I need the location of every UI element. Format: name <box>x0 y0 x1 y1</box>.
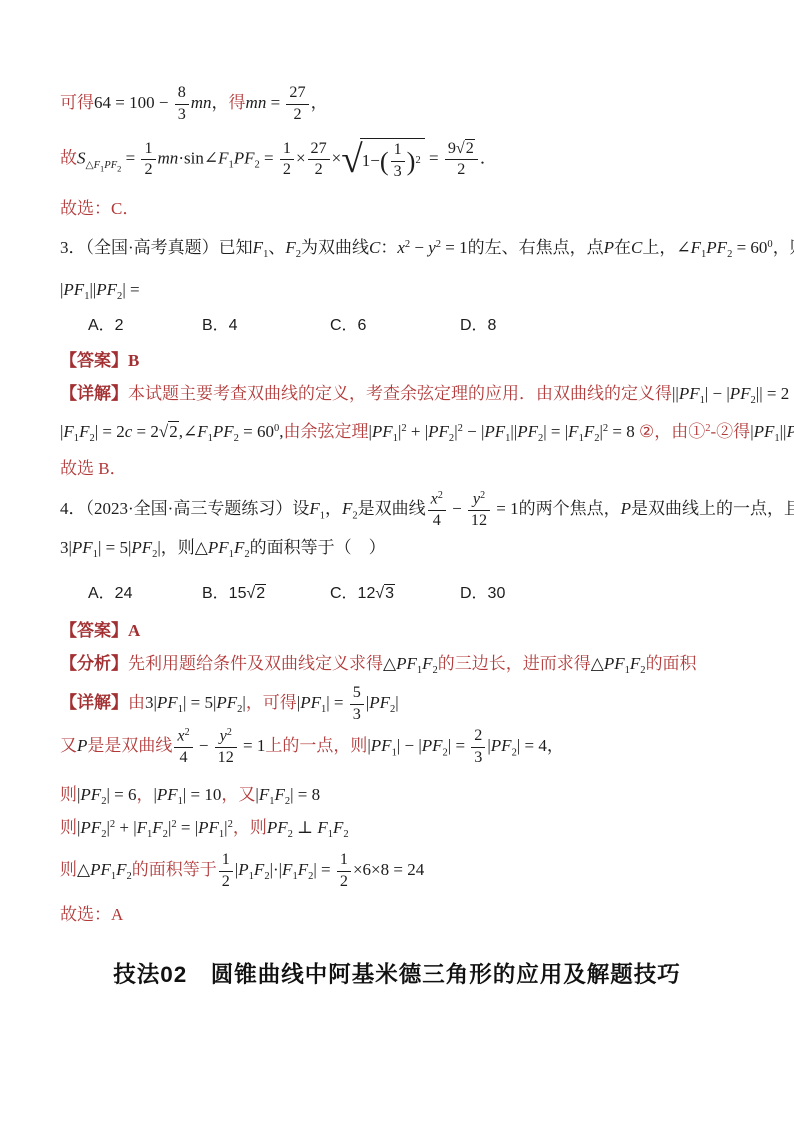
q3-option-c: C．6 <box>330 315 460 337</box>
q4-solution-line-1: 【详解】由3|PF1| = 5|PF2|，可得|PF1| = 53|PF2| <box>60 684 399 724</box>
q3-option-d: D．8 <box>460 315 496 337</box>
q2-solution-line-2: 故S△F1PF2 = 12mn·sin∠F1PF2 = 12×272×√1−(1… <box>60 138 497 181</box>
q4-options: A．24 B．15√2 C．12√3 D．30 <box>60 583 505 605</box>
q4-solution-line-3: 则|PF2| = 6，|PF1| = 10，又|F1F2| = 8 <box>60 784 320 809</box>
q4-conclusion: 故选：A <box>60 904 123 927</box>
q3-option-a: A．2 <box>88 315 202 337</box>
q4-option-d: D．30 <box>460 583 505 605</box>
q4-answer: 【答案】A <box>60 620 140 643</box>
q3-answer: 【答案】B <box>60 350 139 373</box>
q2-solution-line-1: 可得64 = 100 − 83mn，得mn = 272， <box>60 84 328 124</box>
q4-solution-line-5: 则△PF1F2的面积等于12|P1F2|·|F1F2| = 12×6×8 = 2… <box>60 851 424 891</box>
q3-conclusion: 故选 B． <box>60 458 127 481</box>
q4-stem-line-1: 4．（2023·全国·高三专题练习）设F1，F2是双曲线x24 − y212 =… <box>60 490 794 531</box>
q3-stem-line-2: |PF1||PF2| = <box>60 279 140 304</box>
q4-solution-line-4: 则|PF2|2 + |F1F2|2 = |PF1|2，则PF2 ⊥ F1F2 <box>60 817 349 842</box>
document-page: 可得64 = 100 − 83mn，得mn = 272， 故S△F1PF2 = … <box>0 0 794 1124</box>
q4-solution-line-2: 又P是是双曲线x24 − y212 = 1上的一点，则|PF1| − |PF2|… <box>60 727 564 768</box>
q4-analysis: 【分析】先利用题给条件及双曲线定义求得△PF1F2的三边长，进而求得△PF1F2… <box>60 653 697 678</box>
q4-option-c: C．12√3 <box>330 583 460 605</box>
section-heading: 技法02 圆锥曲线中阿基米德三角形的应用及解题技巧 <box>0 957 794 989</box>
q4-stem-line-2: 3|PF1| = 5|PF2|，则△PF1F2的面积等于（ ） <box>60 537 386 562</box>
q4-option-a: A．24 <box>88 583 202 605</box>
q3-option-b: B．4 <box>202 315 330 337</box>
q3-solution-line-1: 【详解】本试题主要考查双曲线的定义，考查余弦定理的应用．由双曲线的定义得||PF… <box>60 383 794 408</box>
q3-solution-line-2: |F1F2| = 2c = 2√2,∠F1PF2 = 600,由余弦定理|PF1… <box>60 421 794 446</box>
q4-option-b: B．15√2 <box>202 583 330 605</box>
q3-stem-line-1: 3．（全国·高考真题）已知F1、F2为双曲线C：x2 − y2 = 1的左、右焦… <box>60 237 794 262</box>
q2-conclusion: 故选：C． <box>60 198 139 221</box>
q3-options: A．2 B．4 C．6 D．8 <box>60 315 496 337</box>
